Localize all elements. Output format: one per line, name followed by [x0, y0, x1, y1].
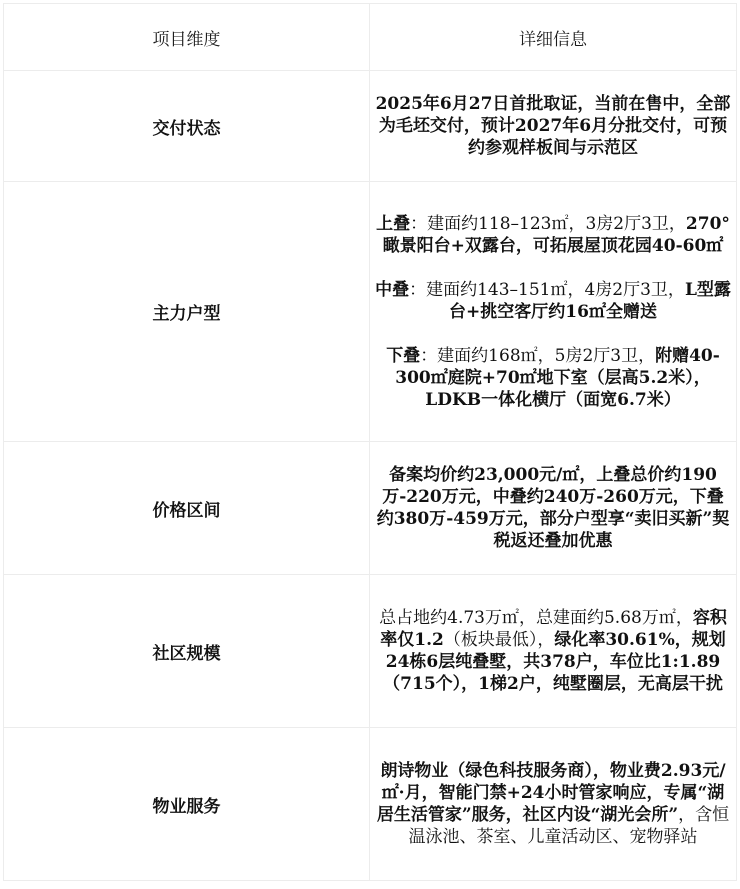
unit-spec: ：建面约118–123㎡，3房2厅3卫，	[410, 214, 686, 234]
header-dimension: 项目维度	[4, 4, 370, 71]
project-info-table: 项目维度 详细信息 交付状态 2025年6月27日首批取证，当前在售中，全部为毛…	[3, 3, 737, 881]
unit-name: 上叠	[376, 214, 410, 234]
row-detail: 朗诗物业（绿色科技服务商），物业费2.93元/㎡·月，智能门禁+24小时管家响应…	[370, 728, 737, 881]
detail-text: 2025年6月27日首批取证，当前在售中，全部为毛坯交付，预计2027年6月分批…	[376, 94, 731, 158]
unit-lower: 下叠：建面约168㎡，5房2厅3卫，附赠40-300㎡庭院+70㎡地下室（层高5…	[374, 345, 732, 411]
detail-text: 备案均价约23,000元/㎡，上叠总价约190万-220万元，中叠约240万-2…	[377, 465, 730, 551]
row-label: 物业服务	[4, 728, 370, 881]
table-row-price: 价格区间 备案均价约23,000元/㎡，上叠总价约190万-220万元，中叠约2…	[4, 442, 737, 575]
detail-text: 总占地约4.73万㎡，总建面约5.68万㎡，	[379, 608, 693, 628]
unit-middle: 中叠：建面约143–151㎡，4房2厅3卫，L型露台+挑空客厅约16㎡全赠送	[374, 279, 732, 323]
table-row-unit-types: 主力户型 上叠：建面约118–123㎡，3房2厅3卫，270°瞰景阳台+双露台，…	[4, 182, 737, 442]
unit-name: 下叠	[386, 346, 420, 366]
row-label: 主力户型	[4, 182, 370, 442]
unit-upper: 上叠：建面约118–123㎡，3房2厅3卫，270°瞰景阳台+双露台，可拓展屋顶…	[374, 213, 732, 257]
unit-spec: ：建面约143–151㎡，4房2厅3卫，	[409, 280, 685, 300]
detail-highlight: 朗诗物业（绿色科技服务商），物业费2.93元/㎡·月，智能门禁+24小时管家响应…	[377, 761, 726, 825]
row-detail: 上叠：建面约118–123㎡，3房2厅3卫，270°瞰景阳台+双露台，可拓展屋顶…	[370, 182, 737, 442]
row-detail: 总占地约4.73万㎡，总建面约5.68万㎡，容积率仅1.2（板块最低），绿化率3…	[370, 575, 737, 728]
row-detail: 备案均价约23,000元/㎡，上叠总价约190万-220万元，中叠约240万-2…	[370, 442, 737, 575]
unit-name: 中叠	[375, 280, 409, 300]
header-detail: 详细信息	[370, 4, 737, 71]
table-row-community: 社区规模 总占地约4.73万㎡，总建面约5.68万㎡，容积率仅1.2（板块最低）…	[4, 575, 737, 728]
row-label: 社区规模	[4, 575, 370, 728]
table-row-delivery: 交付状态 2025年6月27日首批取证，当前在售中，全部为毛坯交付，预计2027…	[4, 71, 737, 182]
detail-text: （板块最低），	[444, 630, 555, 650]
row-label: 交付状态	[4, 71, 370, 182]
unit-spec: ：建面约168㎡，5房2厅3卫，	[420, 346, 655, 366]
table-row-property-service: 物业服务 朗诗物业（绿色科技服务商），物业费2.93元/㎡·月，智能门禁+24小…	[4, 728, 737, 881]
table-header-row: 项目维度 详细信息	[4, 4, 737, 71]
row-detail: 2025年6月27日首批取证，当前在售中，全部为毛坯交付，预计2027年6月分批…	[370, 71, 737, 182]
row-label: 价格区间	[4, 442, 370, 575]
